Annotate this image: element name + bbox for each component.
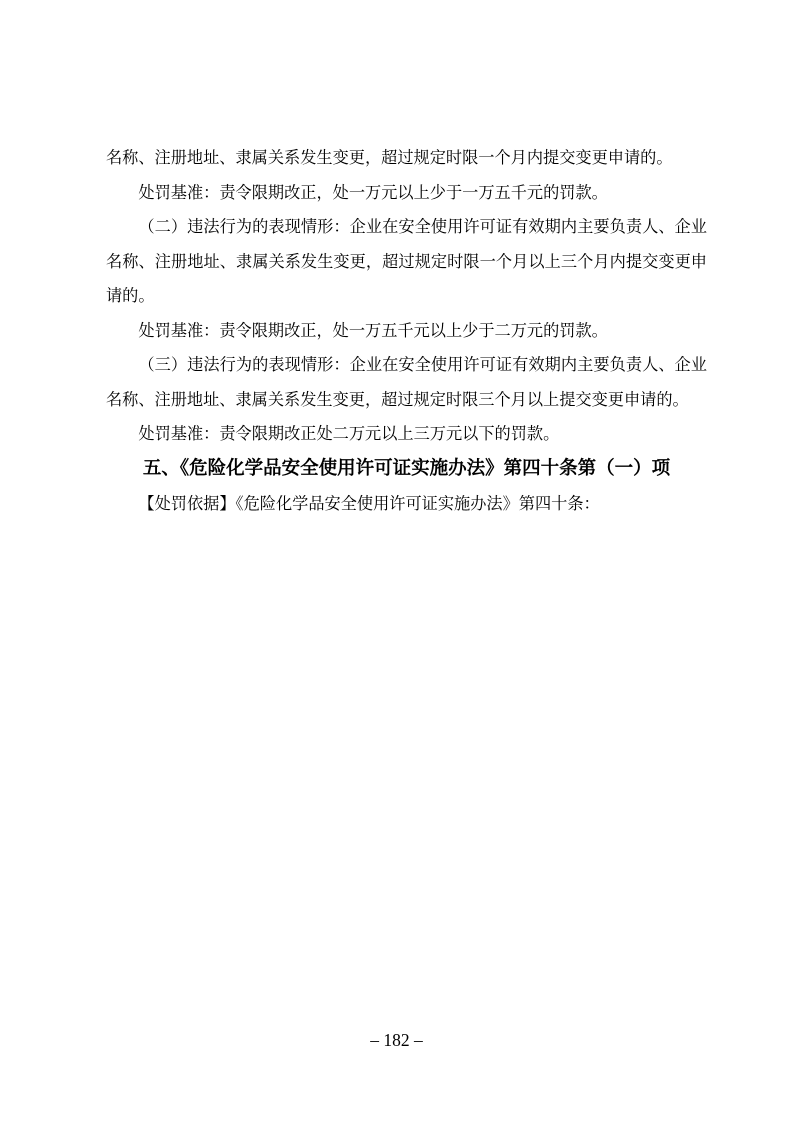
paragraph-penalty-basis: 【处罚依据】《危险化学品安全使用许可证实施办法》第四十条： <box>106 487 707 522</box>
document-body: 名称、注册地址、隶属关系发生变更，超过规定时限一个月内提交变更申请的。处罚基准：… <box>106 141 707 521</box>
page-number: – 182 – <box>0 1029 793 1051</box>
paragraph-penalty-2: 处罚基准：责令限期改正，处一万五千元以上少于二万元的罚款。 <box>106 314 707 349</box>
paragraph-violation-3: （三）违法行为的表现情形：企业在安全使用许可证有效期内主要负责人、企业名称、注册… <box>106 348 707 417</box>
paragraph-continuation: 名称、注册地址、隶属关系发生变更，超过规定时限一个月内提交变更申请的。 <box>106 141 707 176</box>
section-heading: 五、《危险化学品安全使用许可证实施办法》第四十条第（一）项 <box>106 452 707 487</box>
paragraph-penalty-1: 处罚基准：责令限期改正，处一万元以上少于一万五千元的罚款。 <box>106 176 707 211</box>
document-page: 名称、注册地址、隶属关系发生变更，超过规定时限一个月内提交变更申请的。处罚基准：… <box>0 0 793 1122</box>
paragraph-penalty-3: 处罚基准：责令限期改正处二万元以上三万元以下的罚款。 <box>106 417 707 452</box>
paragraph-violation-2: （二）违法行为的表现情形：企业在安全使用许可证有效期内主要负责人、企业名称、注册… <box>106 210 707 314</box>
